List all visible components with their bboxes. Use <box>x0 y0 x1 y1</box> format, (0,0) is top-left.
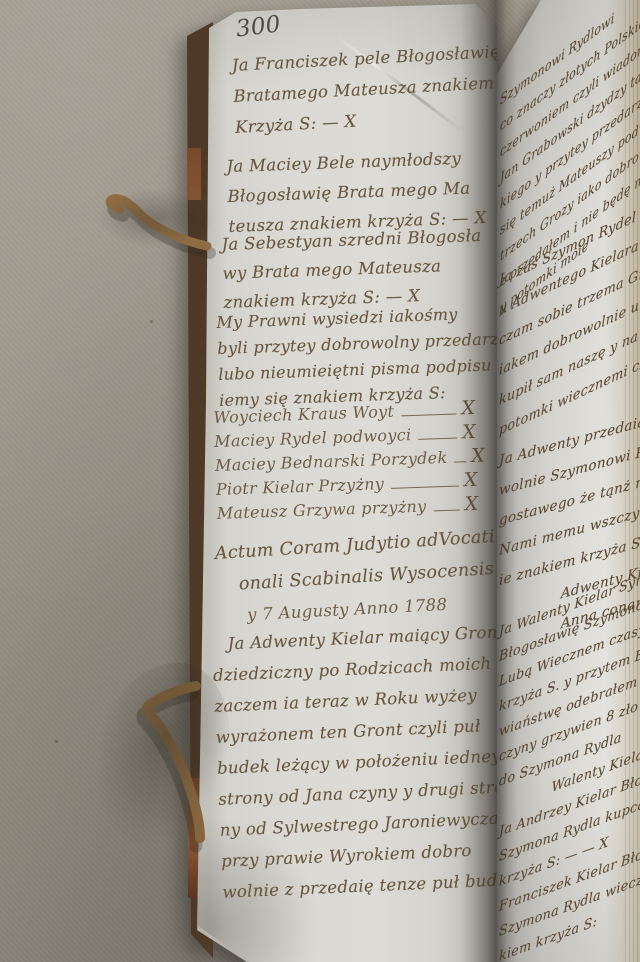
signature-dash <box>418 437 457 439</box>
signature-dash <box>401 414 456 417</box>
signature-cross-mark: X <box>461 397 476 419</box>
signature-name: Mateusz Grzywa przyżny <box>216 497 426 523</box>
signature-name: Maciey Rydel podwoyci <box>214 425 412 451</box>
deed-paragraph: Ja Adwenty Kielar maiący Grontdziedziczn… <box>211 616 519 908</box>
signature-cross-mark: X <box>471 445 486 467</box>
blessing-paragraph-franciszek: Ja Franciszek pele BłogosławięBratamego … <box>231 36 504 143</box>
signature-dash <box>391 485 459 488</box>
signature-name: Piotr Kielar Przyżny <box>216 474 385 499</box>
signature-cross-mark: X <box>462 421 477 443</box>
book: 300 Ja Franciszek pele BłogosławięBratam… <box>0 0 640 962</box>
signature-dash <box>434 509 460 511</box>
actum-heading: Actum Coram Judytio adVocationali Scabin… <box>214 521 498 602</box>
signature-name: Woyciech Kraus Woyt <box>213 402 394 427</box>
signature-cross-mark: X <box>464 493 479 515</box>
signature-cross-mark: X <box>464 469 479 491</box>
signature-dash <box>455 461 467 462</box>
page-number: 300 <box>235 11 283 42</box>
signature-list: Woyciech Kraus Woyt X Maciey Rydel podwo… <box>213 397 479 526</box>
photo-of-open-manuscript-book: 300 Ja Franciszek pele BłogosławięBratam… <box>0 0 640 962</box>
spine-leather-patch-top <box>187 148 201 200</box>
